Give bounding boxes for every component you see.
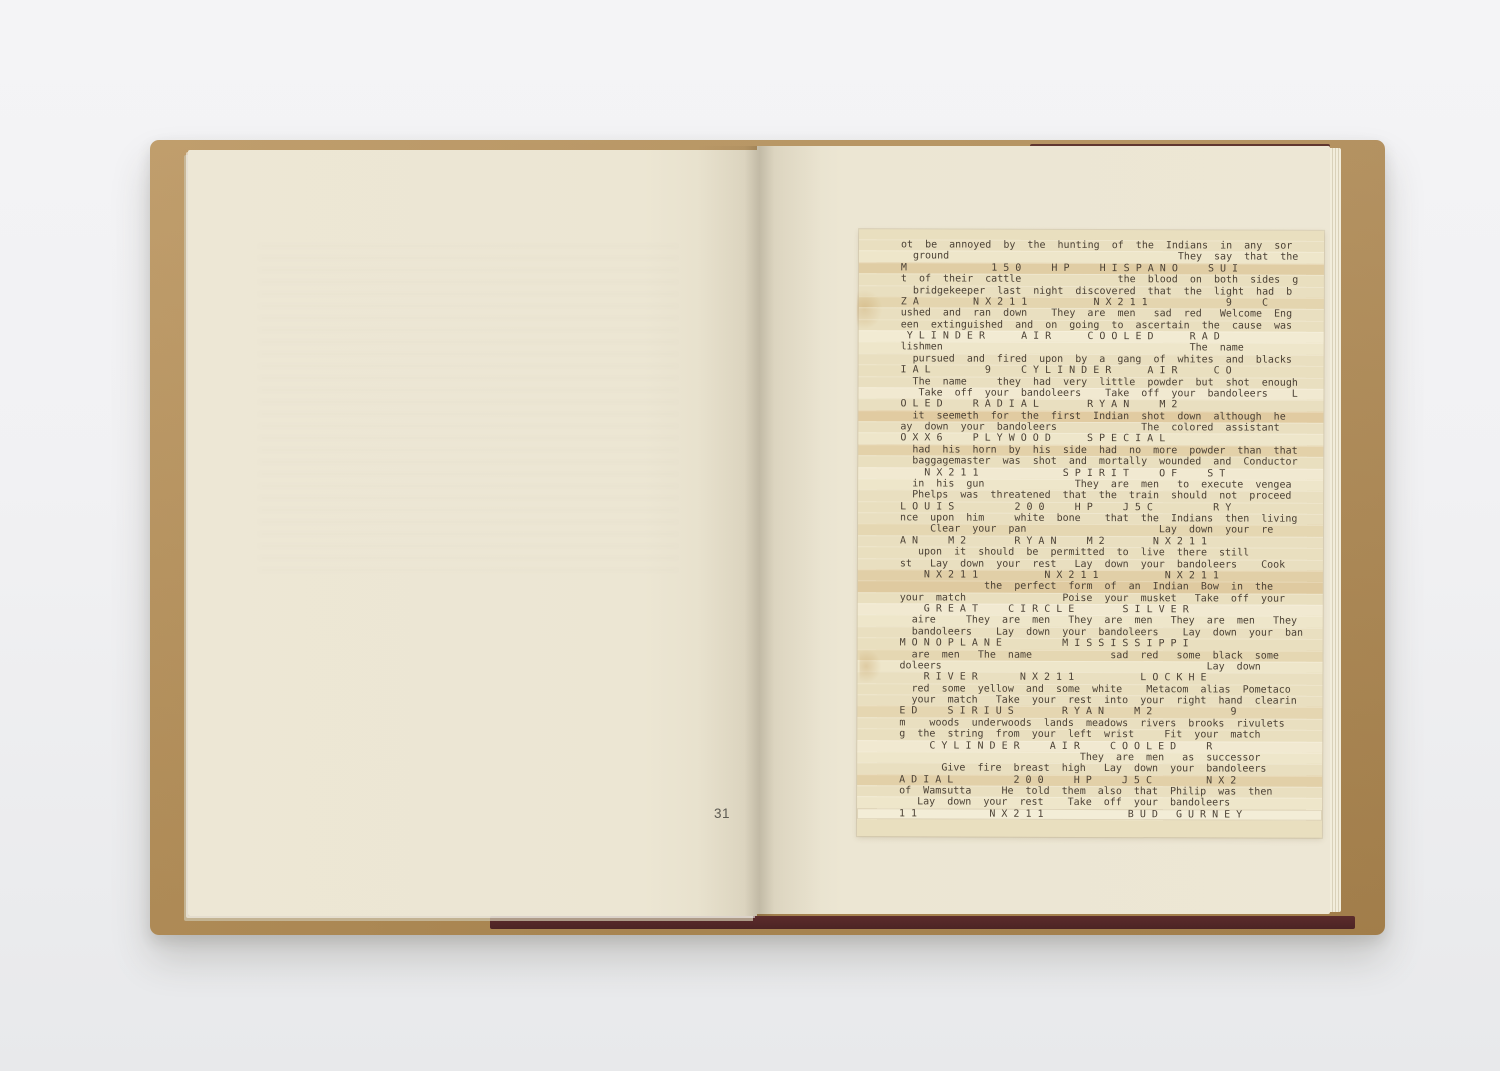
left-page: [188, 150, 757, 916]
artwork-line: 1 1 N X 2 1 1 B U D G U R N E Y: [857, 808, 1322, 821]
artwork-line: upon it should be permitted to live ther…: [858, 546, 1323, 559]
typewriter-collage-artwork: ot be annoyed by the hunting of the Indi…: [857, 229, 1324, 838]
page-number: 31: [714, 806, 730, 821]
artwork-text: ot be annoyed by the hunting of the Indi…: [857, 239, 1324, 821]
page-showthrough: [258, 245, 678, 575]
artwork-line: t of their cattle the blood on both side…: [859, 273, 1324, 286]
artwork-line: g the string from your left wrist Fit yo…: [857, 728, 1322, 741]
book-spine-bottom-edge: [490, 916, 1355, 929]
artwork-line: M O N O P L A N E M I S S I S S I P P I: [858, 637, 1323, 650]
photo-backdrop: 31 ot be annoyed by the hunting of the I…: [0, 0, 1500, 1071]
artwork-line: I A L 9 C Y L I N D E R A I R C O: [859, 364, 1324, 377]
artwork-line: baggagemaster was shot and mortally woun…: [858, 455, 1323, 468]
